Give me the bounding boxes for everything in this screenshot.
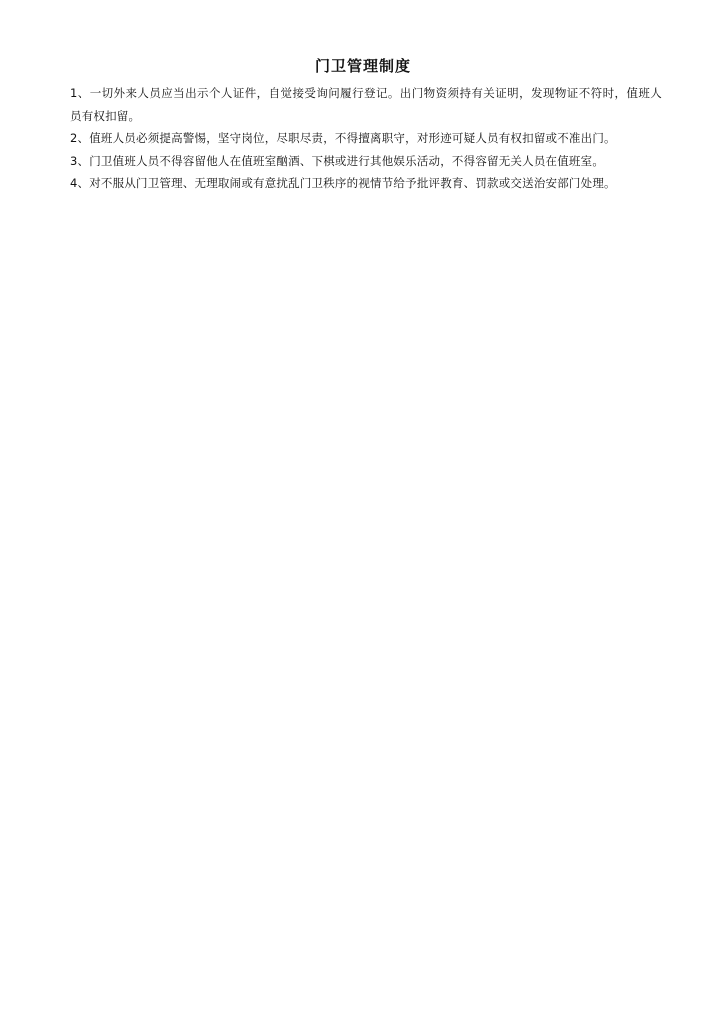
rule-paragraph-1: 1、一切外来人员应当出示个人证件，自觉接受询问履行登记。出门物资须持有关证明，发… xyxy=(70,82,662,127)
rule-number: 1、 xyxy=(70,86,90,100)
document-title: 门卫管理制度 xyxy=(0,56,726,76)
rule-text: 对不服从门卫管理、无理取闹或有意扰乱门卫秩序的视情节给予批评教育、罚款或交送治安… xyxy=(89,176,616,190)
rule-text: 一切外来人员应当出示个人证件，自觉接受询问履行登记。出门物资须持有关证明，发现物… xyxy=(70,86,662,123)
rule-paragraph-2: 2、值班人员必须提高警惕，坚守岗位，尽职尽责，不得擅离职守，对形迹可疑人员有权扣… xyxy=(70,127,662,150)
document-page: 门卫管理制度 1、一切外来人员应当出示个人证件，自觉接受询问履行登记。出门物资须… xyxy=(0,0,726,1026)
rule-text: 值班人员必须提高警惕，坚守岗位，尽职尽责，不得擅离职守，对形迹可疑人员有权扣留或… xyxy=(89,131,616,145)
rule-number: 4、 xyxy=(70,176,89,190)
rule-number: 3、 xyxy=(70,154,89,168)
rule-number: 2、 xyxy=(70,131,89,145)
rule-paragraph-4: 4、对不服从门卫管理、无理取闹或有意扰乱门卫秩序的视情节给予批评教育、罚款或交送… xyxy=(70,172,662,195)
rule-paragraph-3: 3、门卫值班人员不得容留他人在值班室酗酒、下棋或进行其他娱乐活动，不得容留无关人… xyxy=(70,150,662,173)
document-body: 1、一切外来人员应当出示个人证件，自觉接受询问履行登记。出门物资须持有关证明，发… xyxy=(70,82,662,195)
rule-text: 门卫值班人员不得容留他人在值班室酗酒、下棋或进行其他娱乐活动，不得容留无关人员在… xyxy=(89,154,604,168)
